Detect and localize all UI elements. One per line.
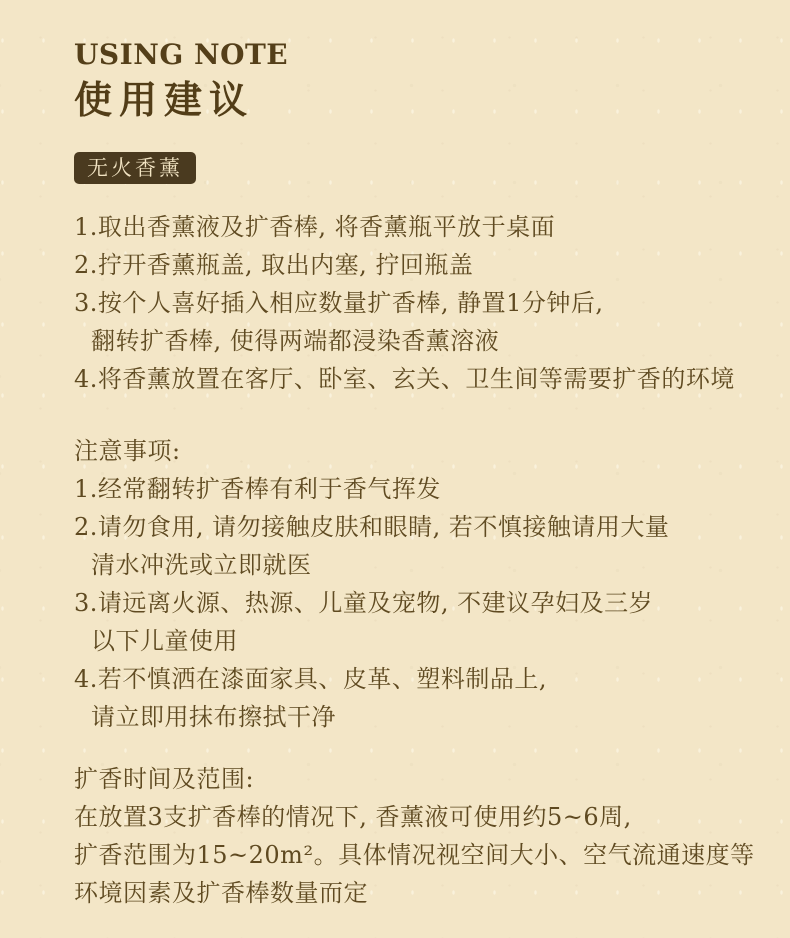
precaution-1: 1.经常翻转扩香棒有利于香气挥发 (74, 470, 720, 508)
diffusion-range-title: 扩香时间及范围: (74, 760, 720, 798)
precautions-title: 注意事项: (74, 432, 720, 470)
using-note-panel: USING NOTE 使用建议 无火香薰 1.取出香薰液及扩香棒, 将香薰瓶平放… (0, 0, 790, 938)
precaution-3: 3.请远离火源、热源、儿童及宠物, 不建议孕妇及三岁 (74, 584, 720, 622)
usage-steps-section: 1.取出香薰液及扩香棒, 将香薰瓶平放于桌面 2.拧开香薰瓶盖, 取出内塞, 拧… (74, 208, 720, 398)
diffusion-range-line-1: 在放置3支扩香棒的情况下, 香薰液可使用约5~6周, (74, 798, 720, 836)
diffusion-range-line-2: 扩香范围为15~20m²。具体情况视空间大小、空气流通速度等 (74, 836, 720, 874)
usage-step-3-continued: 翻转扩香棒, 使得两端都浸染香薰溶液 (74, 322, 720, 360)
usage-step-1: 1.取出香薰液及扩香棒, 将香薰瓶平放于桌面 (74, 208, 720, 246)
usage-step-2: 2.拧开香薰瓶盖, 取出内塞, 拧回瓶盖 (74, 246, 720, 284)
page-title-english: USING NOTE (74, 40, 720, 70)
flameless-aroma-badge: 无火香薰 (74, 152, 196, 184)
precaution-3-continued: 以下儿童使用 (74, 622, 720, 660)
precaution-4: 4.若不慎洒在漆面家具、皮革、塑料制品上, (74, 660, 720, 698)
usage-step-3: 3.按个人喜好插入相应数量扩香棒, 静置1分钟后, (74, 284, 720, 322)
diffusion-range-line-3: 环境因素及扩香棒数量而定 (74, 874, 720, 912)
usage-step-4: 4.将香薰放置在客厅、卧室、玄关、卫生间等需要扩香的环境 (74, 360, 720, 398)
diffusion-range-section: 扩香时间及范围: 在放置3支扩香棒的情况下, 香薰液可使用约5~6周, 扩香范围… (74, 760, 720, 912)
precaution-4-continued: 请立即用抹布擦拭干净 (74, 698, 720, 736)
precaution-2-continued: 清水冲洗或立即就医 (74, 546, 720, 584)
precaution-2: 2.请勿食用, 请勿接触皮肤和眼睛, 若不慎接触请用大量 (74, 508, 720, 546)
precautions-section: 注意事项: 1.经常翻转扩香棒有利于香气挥发 2.请勿食用, 请勿接触皮肤和眼睛… (74, 432, 720, 736)
page-title-chinese: 使用建议 (74, 78, 720, 122)
